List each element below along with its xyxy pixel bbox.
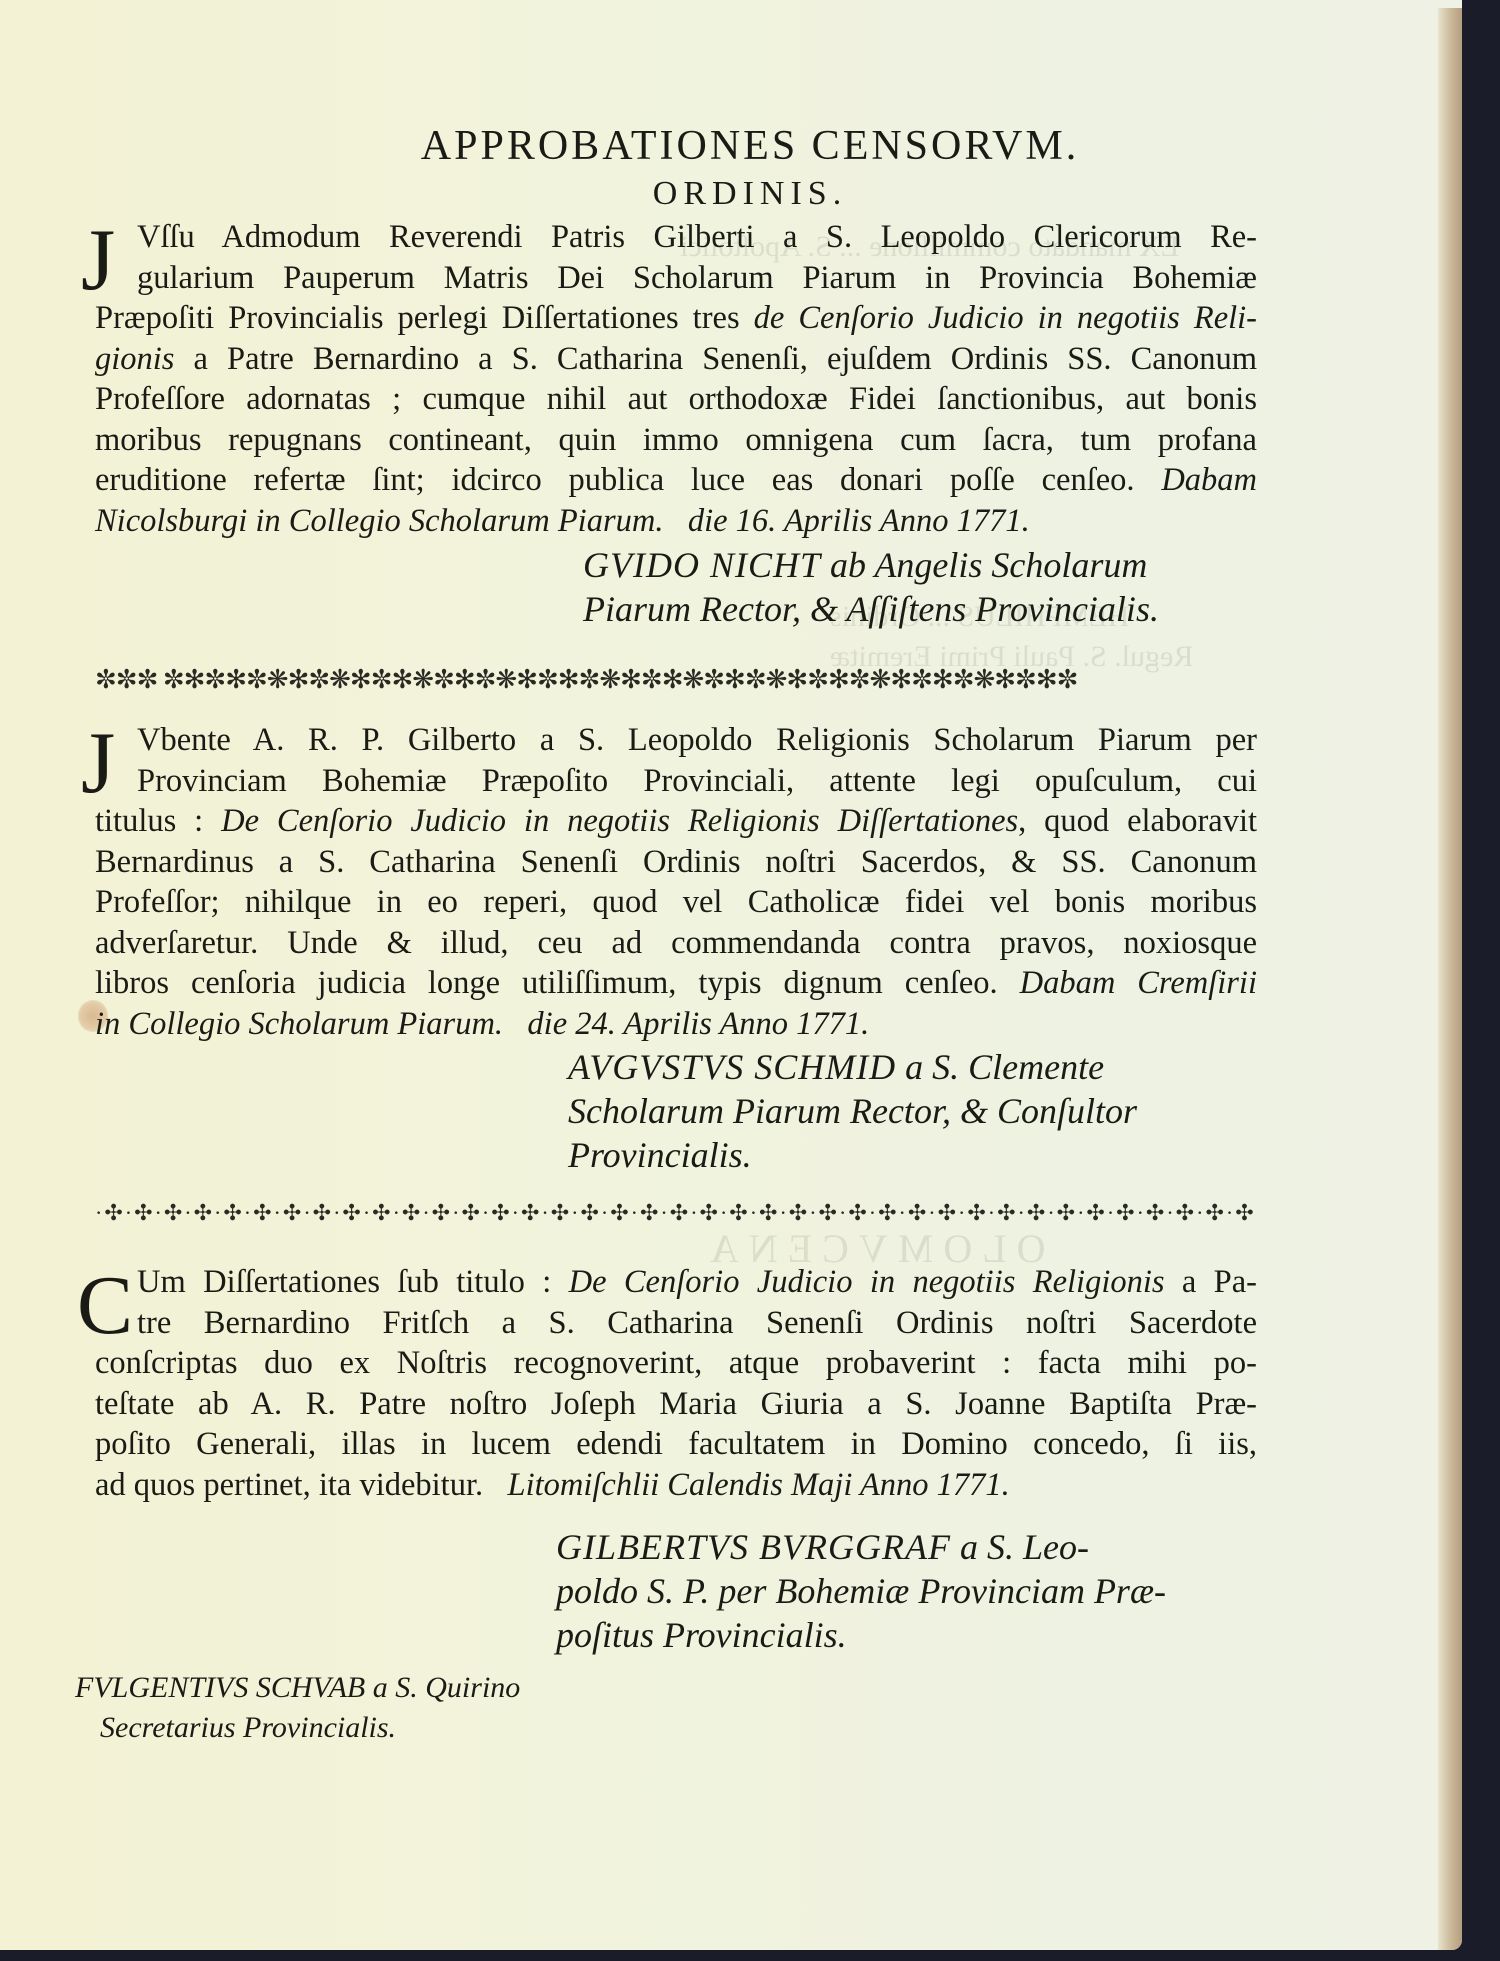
text-segment: , quod elaboravit (1018, 803, 1257, 839)
work-title: de Cenſorio Judicio in negotiis Reli- (754, 300, 1257, 336)
ornamental-divider: ✼✼✼ ✼✻✼✻✼❋✻✼❋✻✼✻❋✼✻✼❋✻✼✻✼❋✻✼✻❋✼✻✼❋✻✼✻✼❋✻… (95, 665, 1253, 695)
signature-3: GILBERTVS BVRGGRAF a S. Leo- poldo S. P.… (556, 1525, 1166, 1657)
text-line: conſcriptas duo ex Noſtris recognoverint… (95, 1343, 1257, 1384)
text-line: Provinciam Bohemiæ Præpoſito Provinciali… (95, 761, 1257, 802)
signatory-name: FVLGENTIVS SCHVAB (75, 1671, 365, 1704)
text-line: eruditione refertæ ſint; idcirco publica… (95, 460, 1257, 501)
text-line: poſito Generali, illas in lucem edendi f… (95, 1424, 1257, 1465)
date-line: Nicolsburgi in Collegio Scholarum Piarum… (95, 501, 1257, 542)
signature-2: AVGVSTVS SCHMID a S. Clemente Scholarum … (568, 1045, 1137, 1177)
signature-1: GVIDO NICHT ab Angelis Scholarum Piarum … (583, 543, 1159, 631)
page-subtitle: ORDINIS. (0, 175, 1462, 213)
text-segment: libros cenſoria judicia longe utiliſſimu… (95, 965, 998, 1001)
text-segment: Præpoſiti Provincialis perlegi Diſſertat… (95, 300, 740, 336)
text-line: Profeſſor; nihilque in eo reperi, quod v… (95, 882, 1257, 923)
signatory-name: GVIDO NICHT (583, 545, 821, 585)
secretary-signature: FVLGENTIVS SCHVAB a S. Quirino Secretari… (75, 1668, 520, 1748)
text-line: libros cenſoria judicia longe utiliſſimu… (95, 963, 1257, 1004)
work-title: De Cenſorio Judicio in negotiis Religion… (221, 803, 1018, 839)
ornamental-divider: ·✣·✣·✣·✣·✣·✣·✣·✣·✣·✣·✣·✣·✣·✣·✣·✣·✣·✣·✣·✣… (95, 1200, 1253, 1226)
dropcap-initial: J (81, 724, 115, 804)
date: Litomiſchlii Calendis Maji Anno 1771. (508, 1467, 1010, 1503)
signatory-name: GILBERTVS BVRGGRAF (556, 1527, 951, 1567)
date-line: in Collegio Scholarum Piarum. die 24. Ap… (95, 1004, 1257, 1045)
text-line: gionis a Patre Bernardino a S. Catharina… (95, 339, 1257, 380)
text-line: tre Bernardino Fritſch a S. Catharina Se… (95, 1303, 1257, 1344)
text-segment: Um Diſſertationes ſub titulo : (137, 1264, 551, 1300)
signatory-name: AVGVSTVS SCHMID (568, 1047, 896, 1087)
page-title: APPROBATIONES CENSORVM. (0, 122, 1462, 170)
date: die 16. Aprilis Anno 1771. (688, 503, 1030, 539)
signatory-title: a S. Leo- (960, 1527, 1089, 1567)
place: Nicolsburgi in Collegio Scholarum Piarum… (95, 503, 663, 539)
text-segment: eruditione refertæ ſint; idcirco publica… (95, 462, 1135, 498)
text-line: adverſaretur. Unde & illud, ceu ad comme… (95, 923, 1257, 964)
date-line: ad quos pertinet, ita videbitur. Litomiſ… (95, 1465, 1257, 1506)
approbation-3: C Um Diſſertationes ſub titulo : De Cenſ… (95, 1262, 1257, 1505)
approbation-1: J Vſſu Admodum Reverendi Patris Gilberti… (95, 217, 1257, 541)
text-line: gularium Pauperum Matris Dei Scholarum P… (95, 258, 1257, 299)
work-title: gionis (95, 341, 174, 377)
text-line: Um Diſſertationes ſub titulo : De Cenſor… (95, 1262, 1257, 1303)
signatory-title: a S. Quirino (373, 1671, 521, 1704)
signatory-title: poldo S. P. per Bohemiæ Provinciam Præ- (556, 1569, 1166, 1613)
text-line: Bernardinus a S. Catharina Senenſi Ordin… (95, 842, 1257, 883)
approbation-2: J Vbente A. R. P. Gilberto a S. Leopoldo… (95, 720, 1257, 1044)
dropcap-initial: C (77, 1266, 133, 1346)
date: die 24. Aprilis Anno 1771. (527, 1006, 869, 1042)
signatory-title: poſitus Provincialis. (556, 1613, 1166, 1657)
work-title: De Cenſorio Judicio in negotiis Religion… (569, 1264, 1165, 1300)
signatory-title: Piarum Rector, & Aſſiſtens Provincialis. (583, 587, 1159, 631)
text-line: moribus repugnans contineant, quin immo … (95, 420, 1257, 461)
text-line: Vſſu Admodum Reverendi Patris Gilberti a… (95, 217, 1257, 258)
text-segment: a Pa- (1182, 1264, 1257, 1300)
dabam: Dabam (1161, 462, 1257, 498)
book-page: EX mandato commiſſione ... S. Apoſtolici… (0, 0, 1462, 1950)
text-segment: ad quos pertinet, ita videbitur. (95, 1467, 483, 1503)
signatory-title: ab Angelis Scholarum (830, 545, 1147, 585)
text-line: Præpoſiti Provincialis perlegi Diſſertat… (95, 298, 1257, 339)
dropcap-initial: J (81, 221, 115, 301)
text-line: teſtate ab A. R. Patre noſtro Joſeph Mar… (95, 1384, 1257, 1425)
text-line: Profeſſore adornatas ; cumque nihil aut … (95, 379, 1257, 420)
text-segment: a Patre Bernardino a S. Catharina Senenſ… (194, 341, 1257, 377)
signatory-title: Provincialis. (568, 1133, 1137, 1177)
place: in Collegio Scholarum Piarum. (95, 1006, 503, 1042)
text-line: Vbente A. R. P. Gilberto a S. Leopoldo R… (95, 720, 1257, 761)
signatory-title: Secretarius Provincialis. (75, 1708, 520, 1748)
signatory-title: a S. Clemente (905, 1047, 1104, 1087)
dabam: Dabam Cremſirii (1020, 965, 1257, 1001)
text-line: titulus : De Cenſorio Judicio in negotii… (95, 801, 1257, 842)
signatory-title: Scholarum Piarum Rector, & Conſultor (568, 1089, 1137, 1133)
page-edge (1438, 8, 1462, 1950)
